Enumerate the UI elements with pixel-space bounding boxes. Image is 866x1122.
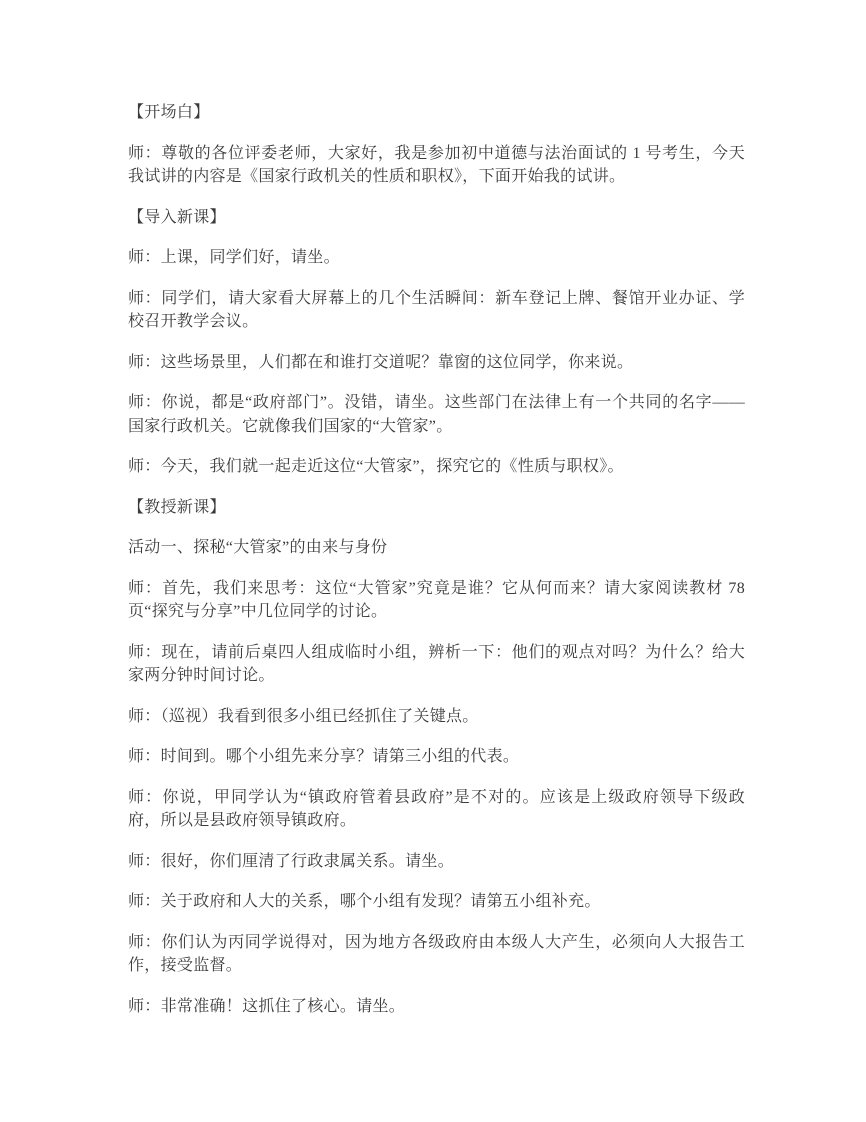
paragraph-question-scenes: 师：这些场景里，人们都在和谁打交道呢？靠窗的这位同学，你来说。: [128, 351, 745, 375]
section-heading-opening: 【开场白】: [128, 101, 745, 125]
document-page: 【开场白】 师：尊敬的各位评委老师，大家好，我是参加初中道德与法治面试的 1 号…: [0, 0, 866, 1122]
section-heading-new-lesson: 【教授新课】: [128, 496, 745, 520]
paragraph-screen-scenes: 师：同学们，请大家看大屏幕上的几个生活瞬间：新车登记上牌、餐馆开业办证、学校召开…: [128, 287, 745, 334]
section-heading-lead-in: 【导入新课】: [128, 206, 745, 230]
paragraph-government-departments: 师：你说，都是“政府部门”。没错，请坐。这些部门在法律上有一个共同的名字——国家…: [128, 391, 745, 438]
paragraph-topic-intro: 师：今天，我们就一起走近这位“大管家”，探究它的《性质与职权》。: [128, 455, 745, 479]
paragraph-group-discussion: 师：现在，请前后桌四人组成临时小组，辨析一下：他们的观点对吗？为什么？给大家两分…: [128, 641, 745, 688]
paragraph-group-three-answer: 师：你说，甲同学认为“镇政府管着县政府”是不对的。应该是上级政府领导下级政府，所…: [128, 786, 745, 833]
paragraph-feedback-hierarchy: 师：很好，你们厘清了行政隶属关系。请坐。: [128, 850, 745, 874]
paragraph-class-start: 师：上课，同学们好，请坐。: [128, 246, 745, 270]
paragraph-reading-task: 师：首先，我们来思考：这位“大管家”究竟是谁？它从何而来？请大家阅读教材 78 …: [128, 577, 745, 624]
paragraph-time-up: 师：时间到。哪个小组先来分享？请第三小组的代表。: [128, 745, 745, 769]
paragraph-group-five-question: 师：关于政府和人大的关系，哪个小组有发现？请第五小组补充。: [128, 890, 745, 914]
paragraph-patrol: 师：（巡视）我看到很多小组已经抓住了关键点。: [128, 705, 745, 729]
paragraph-opening-intro: 师：尊敬的各位评委老师，大家好，我是参加初中道德与法治面试的 1 号考生，今天我…: [128, 142, 745, 189]
paragraph-feedback-core: 师：非常准确！这抓住了核心。请坐。: [128, 995, 745, 1019]
activity-one-title: 活动一、探秘“大管家”的由来与身份: [128, 536, 745, 560]
paragraph-group-five-answer: 师：你们认为丙同学说得对，因为地方各级政府由本级人大产生，必须向人大报告工作，接…: [128, 931, 745, 978]
